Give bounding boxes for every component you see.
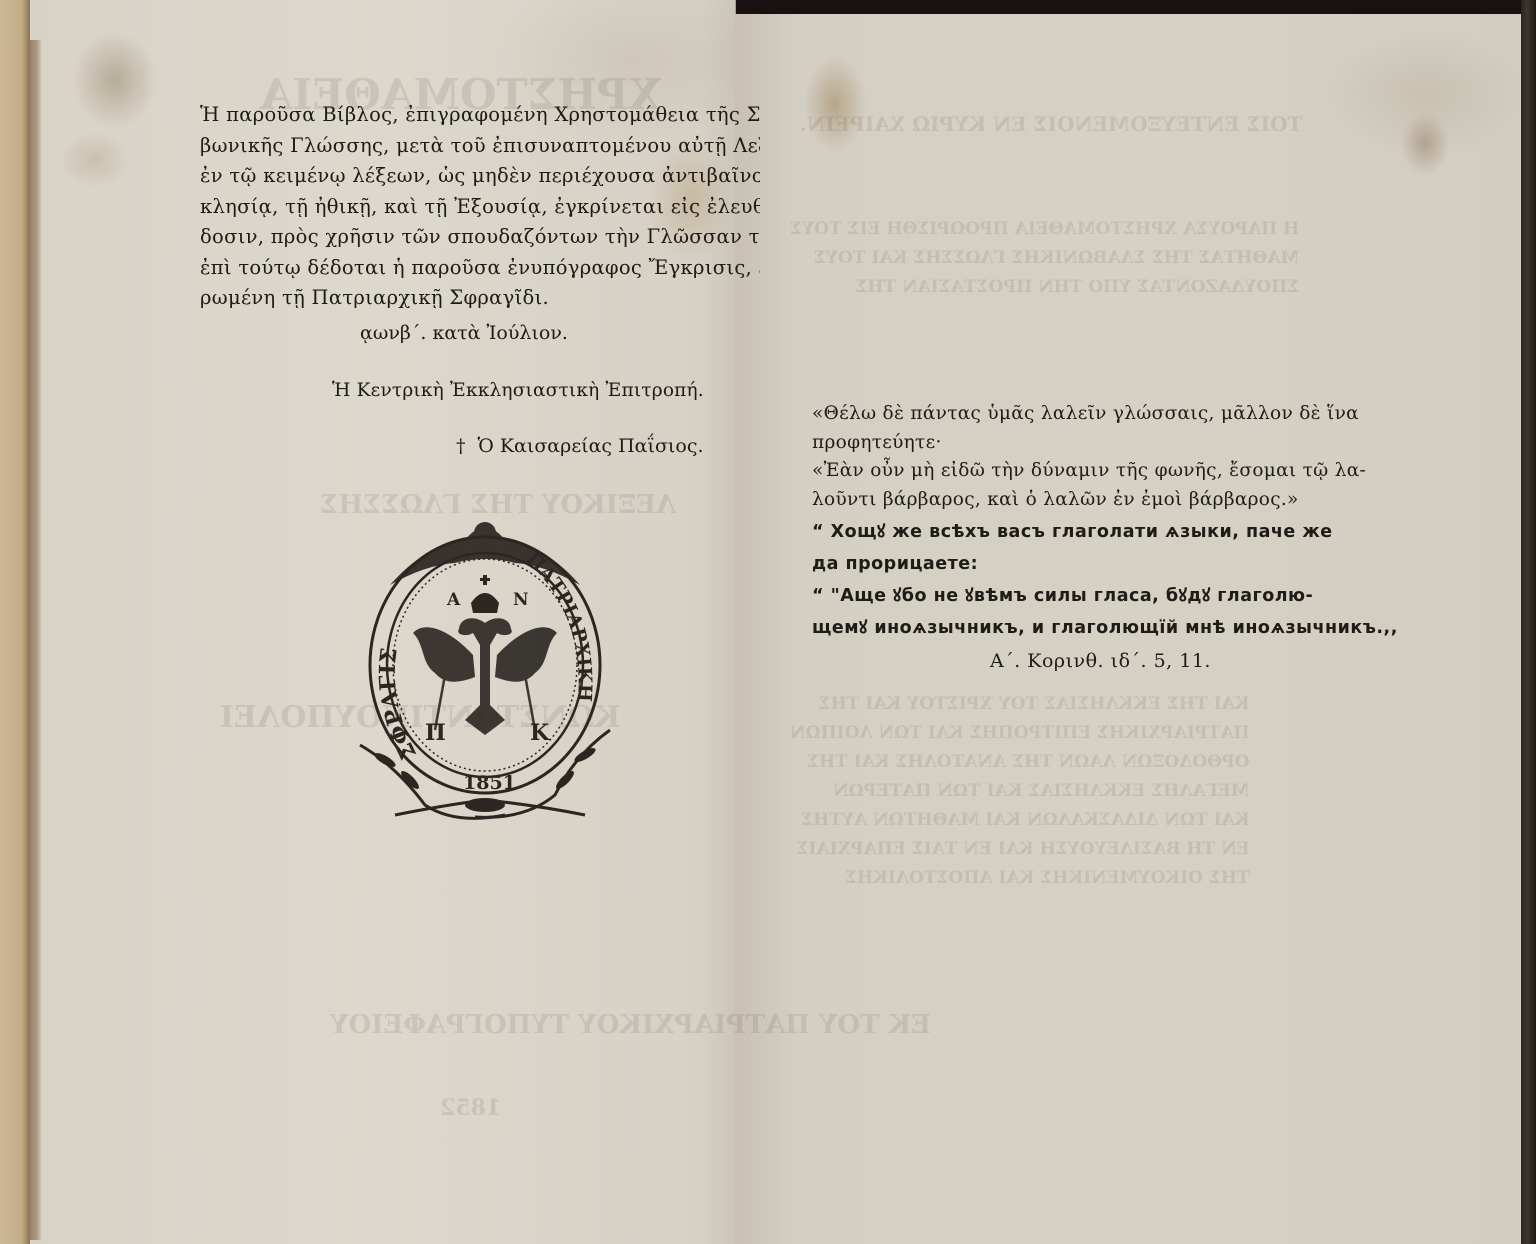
signatory-name: Ὁ Καισαρείας Παΐσιος. bbox=[478, 435, 704, 457]
svg-text:Α: Α bbox=[446, 590, 461, 610]
bleed-through-body: Η ΠΑΡΟΥΣΑ ΧΡΗΣΤΟΜΑΘΕΙΑ ΠΡΟΩΡΙΣΘΗ ΕΙΣ ΤΟΥ… bbox=[790, 215, 1299, 302]
bleed-through-imprint: ΕΚ ΤΟΥ ΠΑΤΡΙΑΡΧΙΚΟΥ ΤΥΠΟΓΡΑΦΕΙΟΥ bbox=[330, 1010, 931, 1040]
approval-line: ἐπὶ τούτῳ δέδοται ἡ παροῦσα ἐνυπόγραφος … bbox=[200, 253, 760, 284]
bleed-through-year: 1852 bbox=[440, 1095, 501, 1121]
quote-line: щемꙋ иноѧзычникъ, и глаголющїй мнѣ иноѧз… bbox=[812, 612, 1382, 644]
church-slavonic-quote: “ Хощꙋ же всѣхъ васъ глаголати ѧзыки, па… bbox=[812, 516, 1382, 644]
approval-line: Ἡ παροῦσα Βίβλος, ἐπιγραφομένη Χρηστομάθ… bbox=[200, 100, 760, 131]
approval-line: δοσιν, πρὸς χρῆσιν τῶν σπουδαζόντων τὴν … bbox=[200, 222, 760, 253]
svg-text:1851: 1851 bbox=[463, 772, 516, 794]
quote-line: «Ἐὰν οὖν μὴ εἰδῶ τὴν δύναμιν τῆς φωνῆς, … bbox=[812, 457, 1382, 486]
approval-line: ἐν τῷ κειμένῳ λέξεων, ὡς μηδὲν περιέχουσ… bbox=[200, 161, 760, 192]
bleed-through-heading: ΤΟΙΣ ΕΝΤΕΥΞΟΜΕΝΟΙΣ ΕΝ ΚΥΡΙΩ ΧΑΙΡΕΙΝ. bbox=[800, 112, 1302, 136]
quote-line: λοῦντι βάρβαρος, καὶ ὁ λαλῶν ἐν ἐμοὶ βάρ… bbox=[812, 486, 1382, 515]
quote-line: «Θέλω δὲ πάντας ὑμᾶς λαλεῖν γλώσσαις, μᾶ… bbox=[812, 400, 1382, 429]
double-headed-eagle-seal-icon: ΣΦΡΑΓΙΣ ΠΑΤΡΙΑΡΧΙΚΗ Α Ν Π Κ 1851 bbox=[355, 505, 615, 825]
quote-line: “ Хощꙋ же всѣхъ васъ глаголати ѧзыки, па… bbox=[812, 516, 1382, 548]
approval-date: ᾳωνβ΄. κατὰ Ἰούλιον. bbox=[360, 322, 568, 344]
svg-text:ΠΑΤΡΙΑΡΧΙΚΗ: ΠΑΤΡΙΑΡΧΙΚΗ bbox=[522, 548, 596, 703]
svg-text:ΣΦΡΑΓΙΣ: ΣΦΡΑΓΙΣ bbox=[375, 646, 423, 763]
patriarchal-seal: ΣΦΡΑΓΙΣ ΠΑΤΡΙΑΡΧΙΚΗ Α Ν Π Κ 1851 bbox=[355, 505, 615, 825]
committee-name: Ἡ Κεντρικὴ Ἐκκλησιαστικὴ Ἐπιτροπή. bbox=[332, 380, 704, 401]
approval-line: βωνικῆς Γλώσσης, μετὰ τοῦ ἐπισυναπτομένο… bbox=[200, 131, 760, 162]
quote-line: “ "Аще ꙋбо не ꙋвѣмъ силы гласа, бꙋдꙋ гла… bbox=[812, 580, 1382, 612]
approval-line: ρωμένη τῇ Πατριαρχικῇ Σφραγῖδι. bbox=[200, 283, 760, 314]
signatory: †Ὁ Καισαρείας Παΐσιος. bbox=[456, 435, 704, 457]
approval-text: Ἡ παροῦσα Βίβλος, ἐπιγραφομένη Χρηστομάθ… bbox=[200, 100, 760, 314]
approval-line: κλησίᾳ, τῇ ἠθικῇ, καὶ τῇ Ἐξουσίᾳ, ἐγκρίν… bbox=[200, 192, 760, 223]
svg-text:Κ: Κ bbox=[530, 720, 550, 746]
svg-text:Ν: Ν bbox=[513, 590, 529, 610]
quote-line: προφητεύητε· bbox=[812, 429, 1382, 458]
book-spread: ΧΡΗΣΤΟΜΑΘΕΙΑ ΛΕΞΙΚΟΥ ΤΗΣ ΓΛΩΣΣΗΣ ΚΩΝΣΤΑΝ… bbox=[0, 0, 1536, 1244]
svg-text:Π: Π bbox=[425, 720, 446, 746]
cross-icon: † bbox=[456, 435, 466, 457]
bleed-through-body: ΚΑΙ ΤΗΣ ΕΚΚΛΗΣΙΑΣ ΤΟΥ ΧΡΙΣΤΟΥ ΚΑΙ ΤΗΣΠΑΤ… bbox=[790, 690, 1250, 893]
scripture-reference: Α΄. Κορινθ. ιδ΄. 5, 11. bbox=[990, 650, 1211, 672]
quote-line: да прорицаете: bbox=[812, 548, 1382, 580]
greek-scripture-quote: «Θέλω δὲ πάντας ὑμᾶς λαλεῖν γλώσσαις, μᾶ… bbox=[812, 400, 1382, 514]
right-cover-edge bbox=[1521, 0, 1536, 1244]
background-shadow bbox=[735, 0, 1536, 14]
